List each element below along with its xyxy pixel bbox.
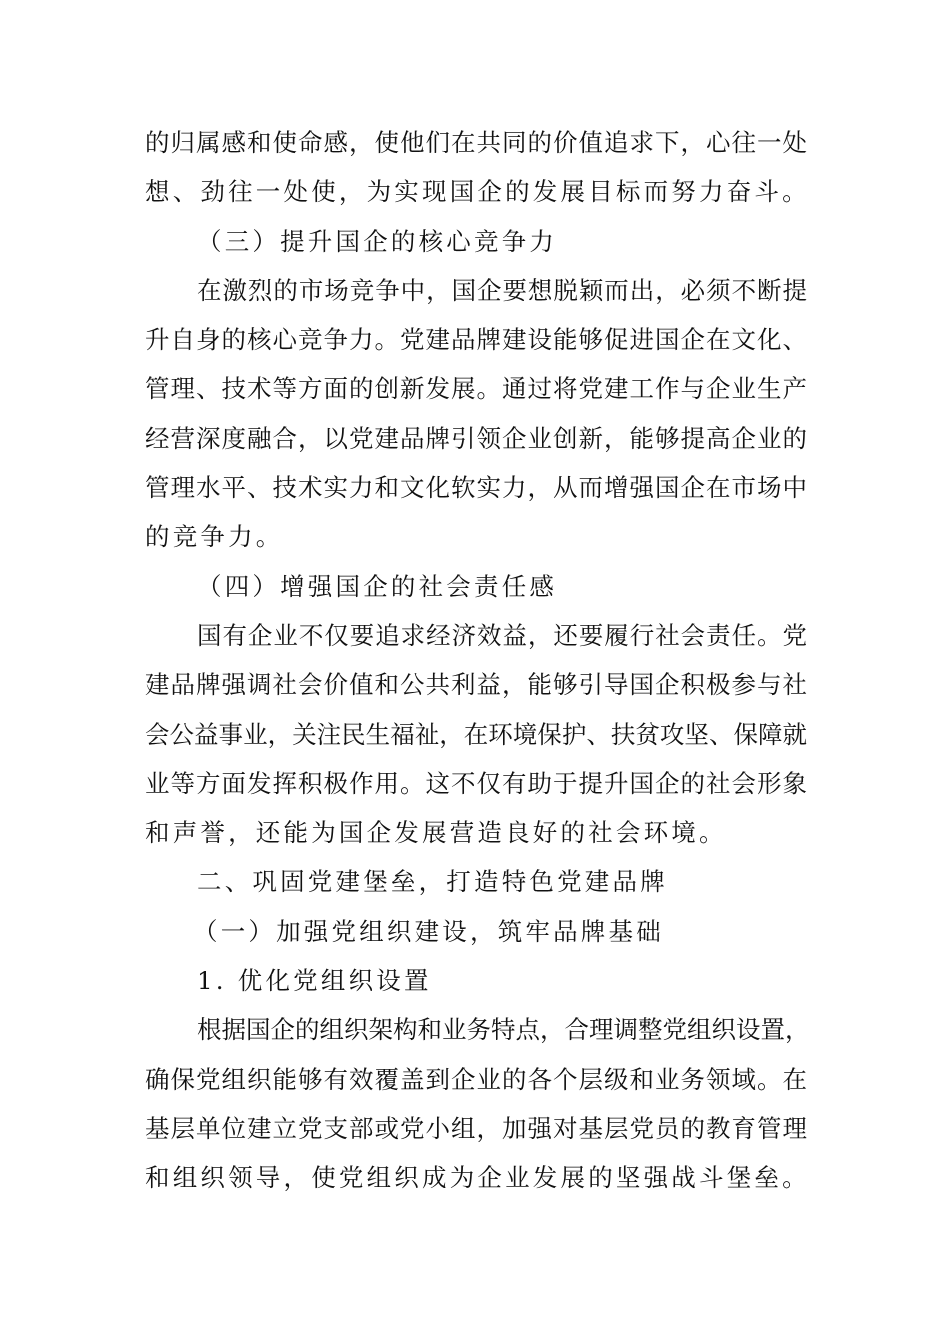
text-line: 业等方面发挥积极作用。这不仅有助于提升国企的社会形象	[145, 762, 807, 811]
text-line: 经营深度融合，以党建品牌引领企业创新，能够提高企业的	[145, 417, 807, 466]
text-line: 管理水平、技术实力和文化软实力，从而增强国企在市场中	[145, 466, 807, 515]
paragraph-first-line: 根据国企的组织架构和业务特点，合理调整党组织设置，	[145, 1008, 807, 1057]
chapter-heading-2: 二、巩固党建堡垒，打造特色党建品牌	[145, 860, 807, 909]
text-line: 的竞争力。	[145, 515, 807, 564]
document-page: 的归属感和使命感，使他们在共同的价值追求下，心往一处 想、劲往一处使，为实现国企…	[145, 121, 807, 1206]
text-line: 和声誉，还能为国企发展营造良好的社会环境。	[145, 811, 807, 860]
text-line: 基层单位建立党支部或党小组，加强对基层党员的教育管理	[145, 1107, 807, 1156]
text-line: 的归属感和使命感，使他们在共同的价值追求下，心往一处	[145, 121, 807, 170]
item-heading-1: 1. 优化党组织设置	[145, 959, 807, 1008]
text-line: 建品牌强调社会价值和公共利益，能够引导国企积极参与社	[145, 663, 807, 712]
text-line: 确保党组织能够有效覆盖到企业的各个层级和业务领域。在	[145, 1058, 807, 1107]
text-line: 管理、技术等方面的创新发展。通过将党建工作与企业生产	[145, 367, 807, 416]
text-line: 和组织领导，使党组织成为企业发展的坚强战斗堡垒。	[145, 1156, 807, 1205]
text-line: 想、劲往一处使，为实现国企的发展目标而努力奋斗。	[145, 170, 807, 219]
text-line: 会公益事业，关注民生福祉，在环境保护、扶贫攻坚、保障就	[145, 713, 807, 762]
section-heading-3: （三）提升国企的核心竞争力	[145, 220, 807, 269]
section-heading-4: （四）增强国企的社会责任感	[145, 565, 807, 614]
paragraph-first-line: 在激烈的市场竞争中，国企要想脱颖而出，必须不断提	[145, 269, 807, 318]
text-line: 升自身的核心竞争力。党建品牌建设能够促进国企在文化、	[145, 318, 807, 367]
paragraph-first-line: 国有企业不仅要追求经济效益，还要履行社会责任。党	[145, 614, 807, 663]
section-heading-1: （一）加强党组织建设，筑牢品牌基础	[145, 910, 807, 959]
